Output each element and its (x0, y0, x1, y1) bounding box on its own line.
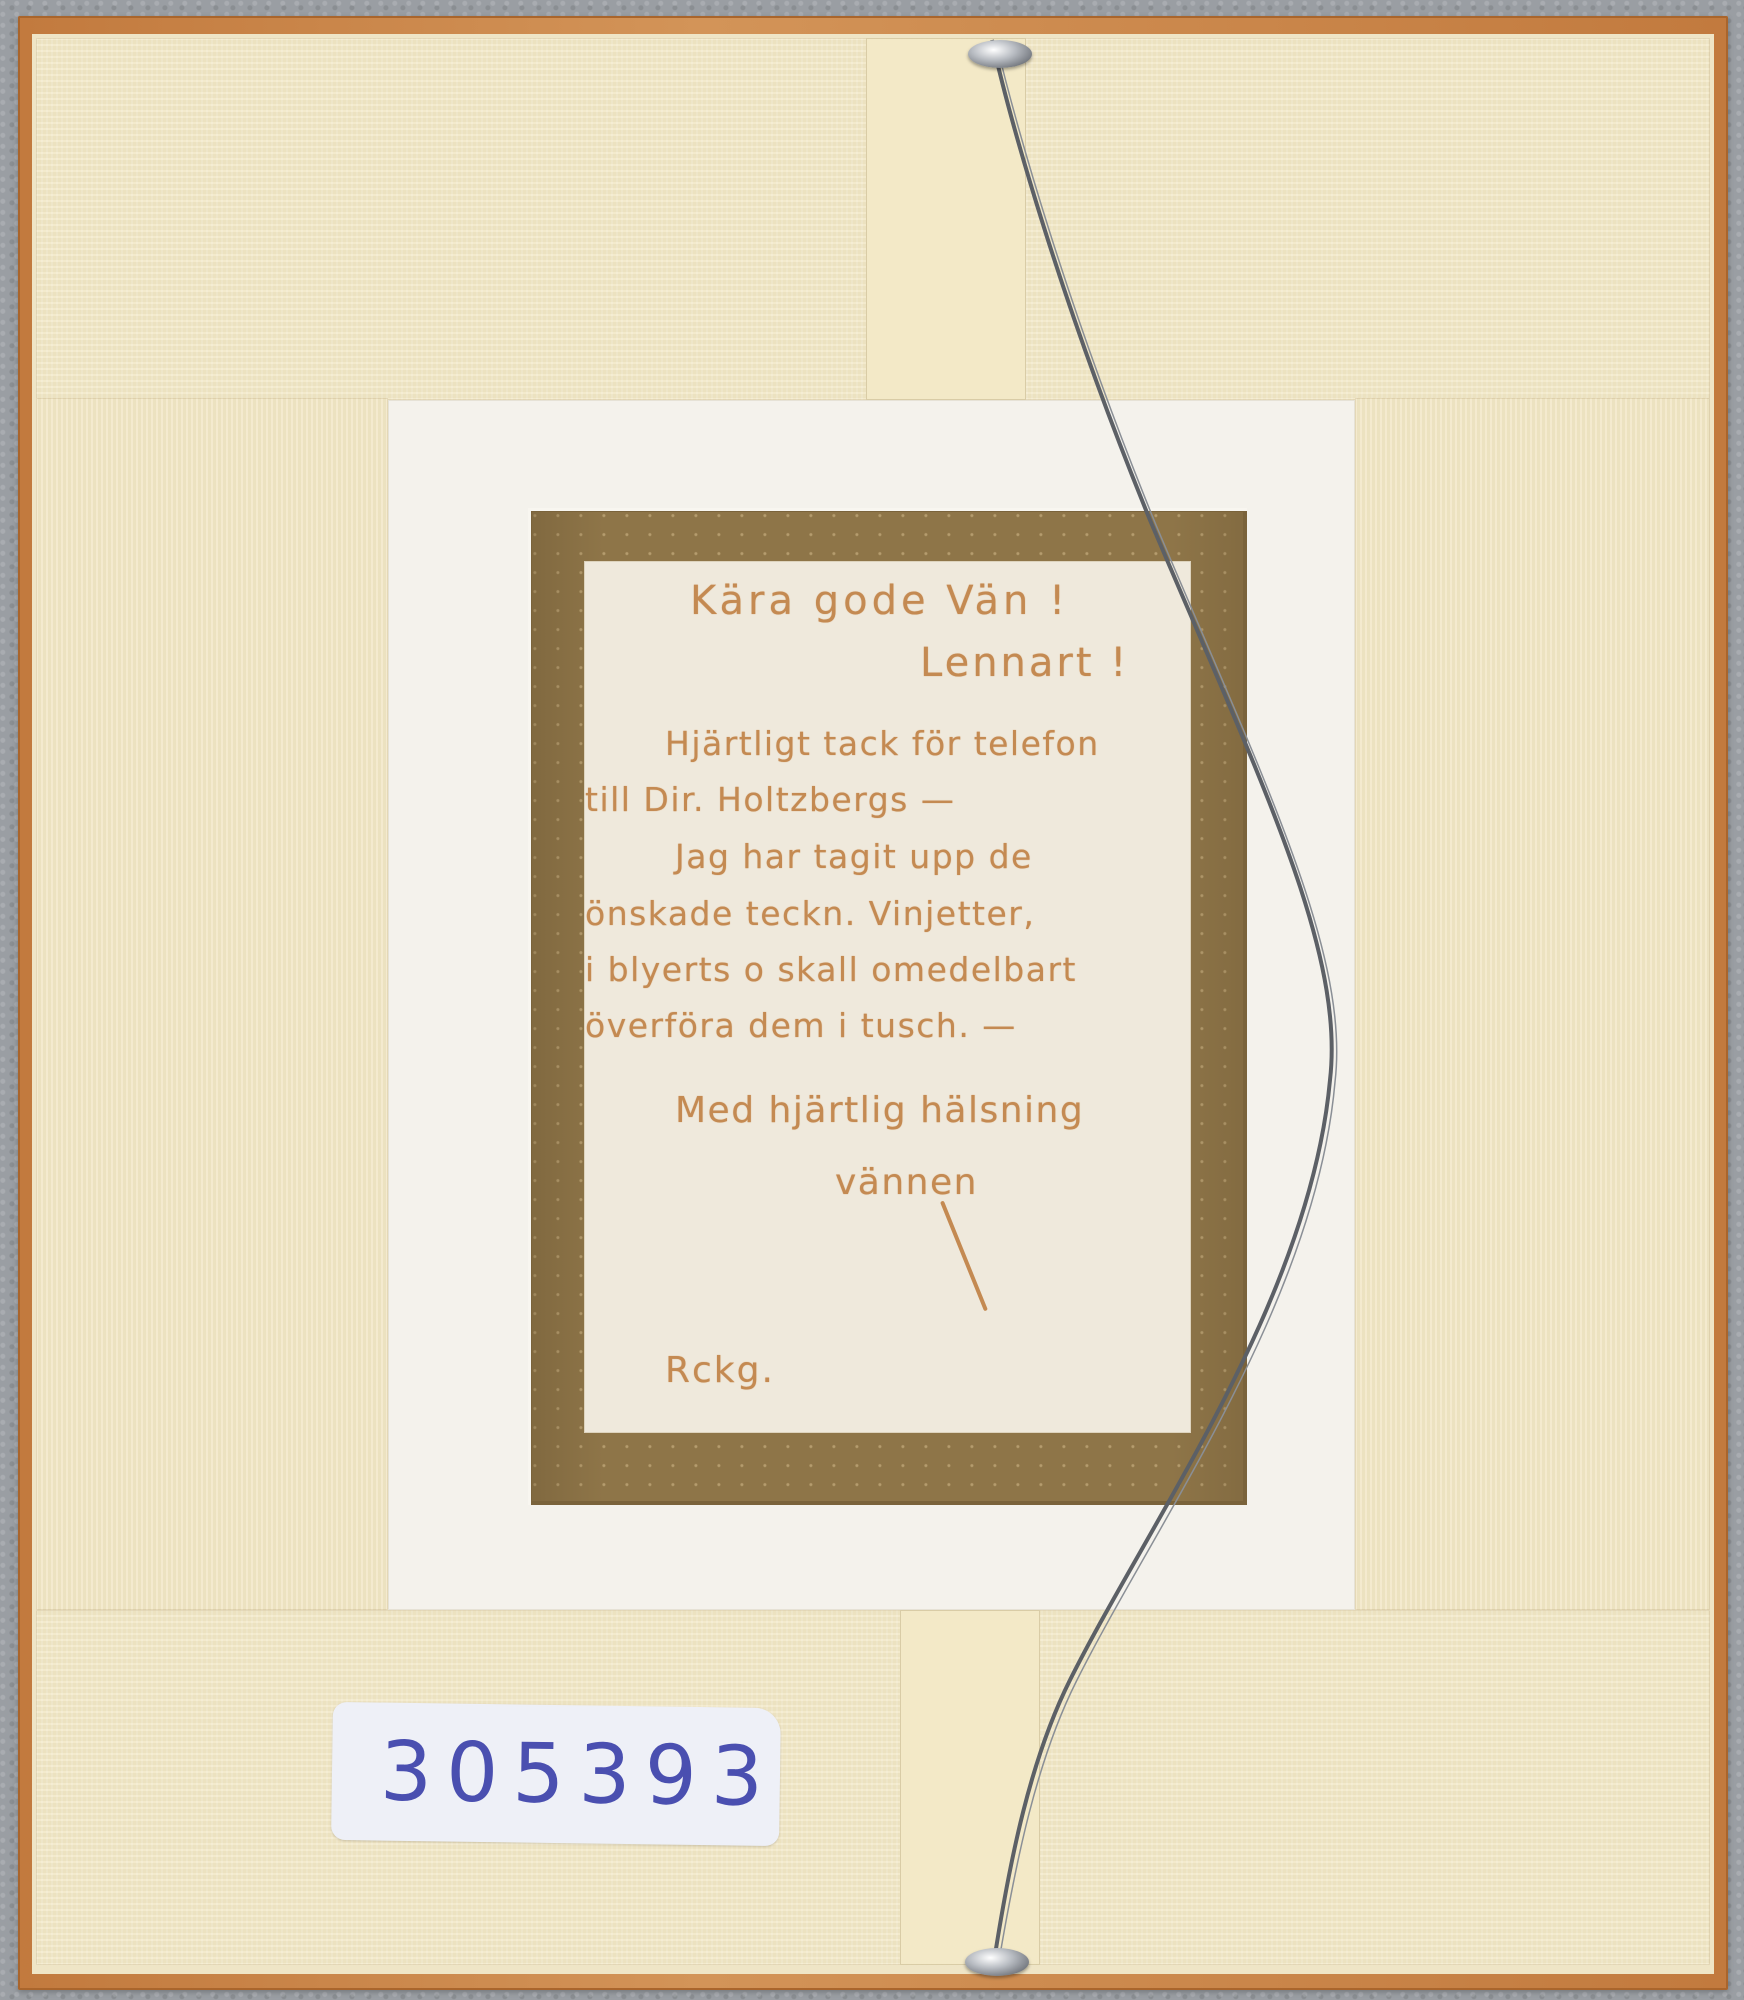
letter-body-line: överföra dem i tusch. — (585, 1006, 1017, 1045)
tape-strip-bottom-center (900, 1610, 1040, 1965)
letter-body-line: Hjärtligt tack för telefon (665, 724, 1100, 763)
letter-body-line: i blyerts o skall omedelbart (585, 950, 1077, 989)
letter-body-line: önskade teckn. Vinjetter, (585, 894, 1035, 933)
tape-right (1355, 398, 1710, 1610)
tape-left (36, 398, 388, 1610)
bottom-screw-eye-icon (965, 1948, 1029, 1976)
letter-greeting: Kära gode Vän ! (690, 578, 1069, 624)
letter-body-line: till Dir. Holtzbergs — (585, 780, 955, 819)
letter-recipient: Lennart ! (920, 640, 1129, 686)
letter-closing: Med hjärtlig hälsning (675, 1090, 1084, 1131)
letter-body-line: Jag har tagit upp de (675, 837, 1033, 876)
letter-closing: vännen (835, 1162, 978, 1203)
letter-signature: Rckg. (665, 1350, 775, 1391)
tape-strip-top-center (866, 38, 1026, 400)
top-screw-eye-icon (968, 40, 1032, 68)
signature-flourish (940, 1201, 988, 1312)
inventory-number: 305393 (379, 1725, 777, 1826)
inventory-label: 305393 (331, 1702, 781, 1846)
tape-bottom (36, 1610, 1710, 1965)
handwritten-letter: Kära gode Vän ! Lennart ! Hjärtligt tack… (585, 562, 1190, 1432)
